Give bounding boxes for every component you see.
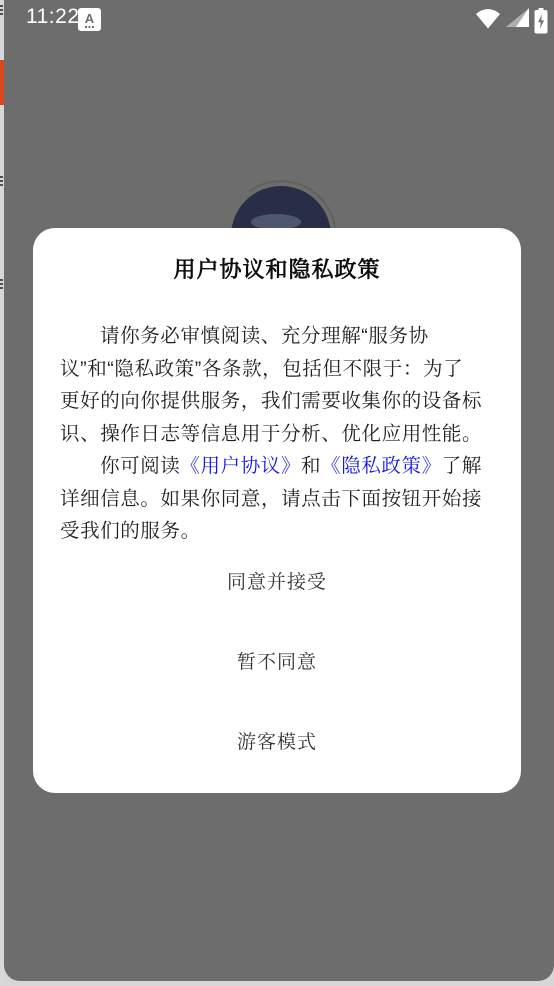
left-edge-marks (0, 174, 4, 188)
dimmed-app-background: 11:22 A 用户协议和隐私政策 请你务必审 (4, 0, 554, 981)
user-agreement-link[interactable]: 《用户协议》 (180, 455, 301, 477)
dialog-body: 请你务必审慎阅读、充分理解“服务协 议”和“隐私政策”各条款，包括但不限于：为了… (60, 320, 494, 548)
status-time: 11:22 (26, 5, 80, 29)
body-text: 你可阅读 (100, 455, 180, 477)
ime-dots (85, 26, 94, 28)
status-bar-right-icons (475, 8, 548, 34)
agree-accept-button[interactable]: 同意并接受 (227, 572, 327, 594)
body-line: 议”和“隐私政策”各条款，包括但不限于：为了 (60, 353, 494, 386)
battery-charging-icon (534, 8, 548, 34)
left-edge-marks (0, 3, 4, 17)
dialog-title: 用户协议和隐私政策 (173, 255, 380, 285)
wifi-icon (475, 8, 501, 29)
body-line: 详细信息。如果你同意，请点击下面按钮开始接 (60, 483, 494, 516)
dialog-buttons: 同意并接受 暂不同意 游客模式 (33, 548, 521, 812)
ime-letter: A (85, 12, 94, 25)
privacy-policy-link[interactable]: 《隐私政策》 (321, 455, 442, 477)
privacy-dialog: 用户协议和隐私政策 请你务必审慎阅读、充分理解“服务协 议”和“隐私政策”各条款… (33, 228, 521, 793)
body-text: 了解 (442, 455, 482, 477)
left-edge-orange-accent (0, 60, 4, 105)
guest-mode-button[interactable]: 游客模式 (237, 732, 317, 754)
body-line-with-links: 你可阅读《用户协议》和《隐私政策》了解 (60, 450, 494, 483)
keyboard-ime-icon: A (78, 8, 101, 31)
body-text: 和 (301, 455, 321, 477)
disagree-button[interactable]: 暂不同意 (237, 652, 317, 674)
body-line: 识、操作日志等信息用于分析、优化应用性能。 (60, 418, 494, 451)
body-line: 请你务必审慎阅读、充分理解“服务协 (60, 320, 494, 353)
signal-icon (506, 8, 529, 28)
body-line: 受我们的服务。 (60, 515, 494, 548)
status-bar: 11:22 A (4, 0, 554, 38)
app-logo (199, 176, 369, 228)
body-line: 更好的向你提供服务，我们需要收集你的设备标 (60, 385, 494, 418)
left-edge-marks (0, 277, 4, 291)
left-edge-sliver (0, 0, 4, 986)
